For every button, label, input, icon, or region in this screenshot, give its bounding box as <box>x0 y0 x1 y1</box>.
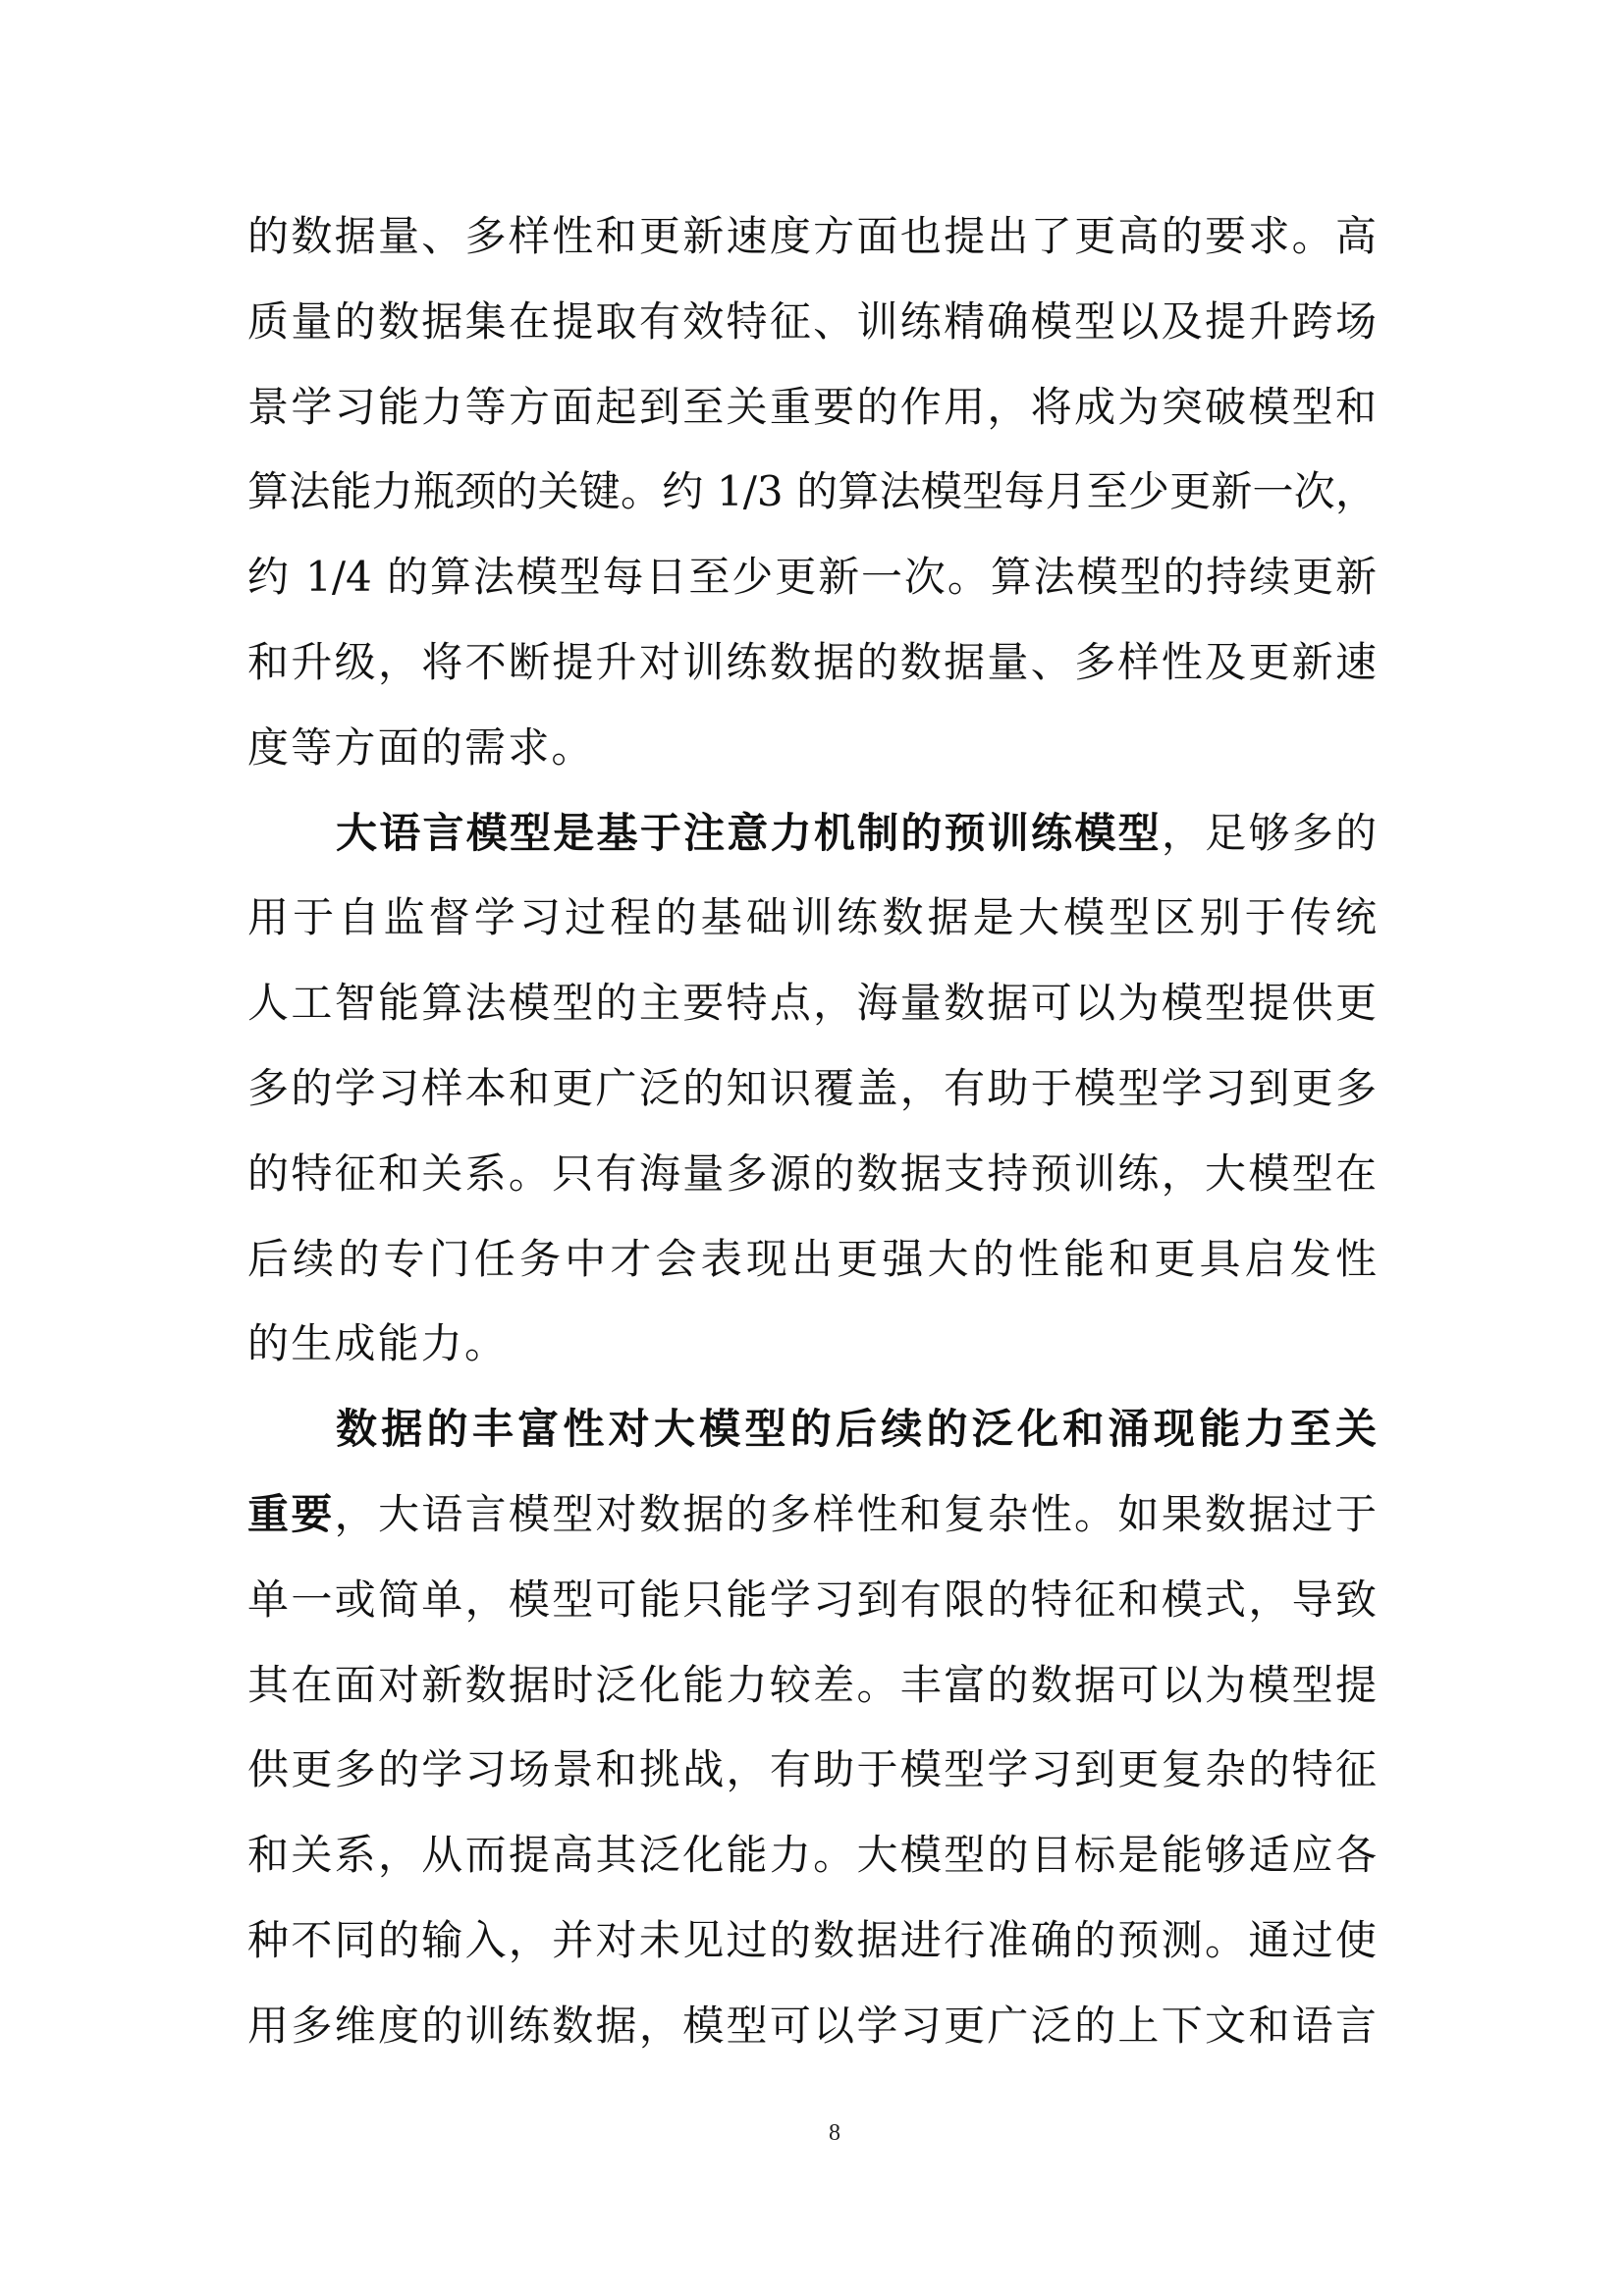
text-line: 供更多的学习场景和挑战，有助于模型学习到更复杂的特征 <box>247 1728 1377 1813</box>
text-line: 后续的专门任务中才会表现出更强大的性能和更具启发性 <box>247 1217 1377 1303</box>
text-line: 多的学习样本和更广泛的知识覆盖，有助于模型学习到更多 <box>247 1046 1377 1132</box>
paragraph-3: 数据的丰富性对大模型的后续的泛化和涌现能力至关 重要，大语言模型对数据的多样性和… <box>247 1387 1377 2068</box>
text-run: ，足够多的 <box>1162 809 1377 857</box>
text-line: 和升级，将不断提升对训练数据的数据量、多样性及更新速 <box>247 620 1377 706</box>
text-line-first: 大语言模型是基于注意力机制的预训练模型，足够多的 <box>247 791 1377 877</box>
paragraph-2: 大语言模型是基于注意力机制的预训练模型，足够多的 用于自监督学习过程的基础训练数… <box>247 791 1377 1388</box>
text-line: 用多维度的训练数据，模型可以学习更广泛的上下文和语言 <box>247 1984 1377 2069</box>
text-line: 人工智能算法模型的主要特点，海量数据可以为模型提供更 <box>247 961 1377 1046</box>
text-line: 景学习能力等方面起到至关重要的作用，将成为突破模型和 <box>247 365 1377 451</box>
text-line: 重要，大语言模型对数据的多样性和复杂性。如果数据过于 <box>247 1472 1377 1558</box>
page-number: 8 <box>0 2120 1624 2147</box>
text-line: 质量的数据集在提取有效特征、训练精确模型以及提升跨场 <box>247 280 1377 365</box>
text-line: 其在面对新数据时泛化能力较差。丰富的数据可以为模型提 <box>247 1643 1377 1729</box>
bold-lead-text: 数据的丰富性对大模型的后续的泛化和涌现能力至关 <box>247 1387 1377 1472</box>
text-line: 单一或简单，模型可能只能学习到有限的特征和模式，导致 <box>247 1558 1377 1643</box>
text-line: 和关系，从而提高其泛化能力。大模型的目标是能够适应各 <box>247 1813 1377 1898</box>
text-line: 的特征和关系。只有海量多源的数据支持预训练，大模型在 <box>247 1132 1377 1217</box>
bold-lead-text: 大语言模型是基于注意力机制的预训练模型 <box>336 809 1162 857</box>
paragraph-1: 的数据量、多样性和更新速度方面也提出了更高的要求。高 质量的数据集在提取有效特征… <box>247 194 1377 791</box>
text-line: 用于自监督学习过程的基础训练数据是大模型区别于传统 <box>247 876 1377 961</box>
text-run: ，大语言模型对数据的多样性和复杂性。如果数据过于 <box>335 1490 1377 1538</box>
text-line: 的生成能力。 <box>247 1302 1377 1387</box>
body-text: 的数据量、多样性和更新速度方面也提出了更高的要求。高 质量的数据集在提取有效特征… <box>247 194 1377 2069</box>
text-line: 算法能力瓶颈的关键。约 1/3 的算法模型每月至少更新一次， <box>247 450 1377 535</box>
text-line: 约 1/4 的算法模型每日至少更新一次。算法模型的持续更新 <box>247 535 1377 620</box>
bold-lead-text-cont: 重要 <box>247 1490 335 1538</box>
text-line: 的数据量、多样性和更新速度方面也提出了更高的要求。高 <box>247 194 1377 280</box>
document-page: 的数据量、多样性和更新速度方面也提出了更高的要求。高 质量的数据集在提取有效特征… <box>0 0 1624 2296</box>
text-line: 种不同的输入，并对未见过的数据进行准确的预测。通过使 <box>247 1898 1377 1984</box>
text-line: 度等方面的需求。 <box>247 706 1377 791</box>
